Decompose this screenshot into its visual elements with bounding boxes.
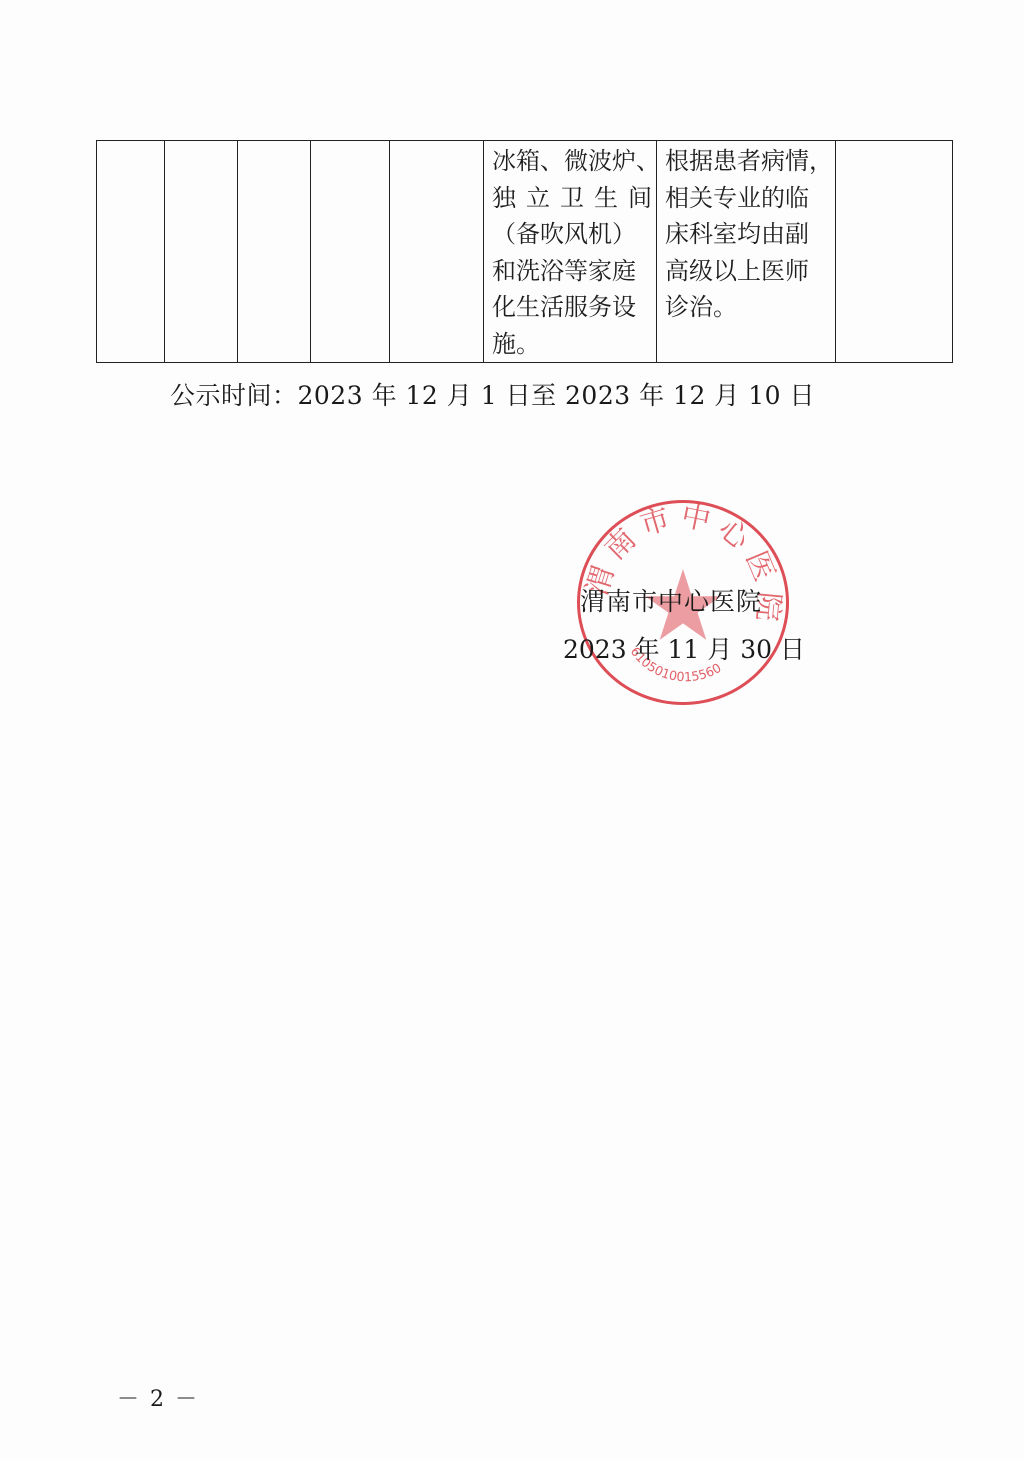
text-line: 高级以上医师 [665, 253, 829, 290]
facilities-text: 冰箱、微波炉、 独立卫生间 （备吹风机） 和洗浴等家庭 化生活服务设 施。 [484, 141, 656, 362]
table-cell-3 [238, 141, 311, 363]
text-line: （备吹风机） [492, 216, 650, 253]
text-line: 相关专业的临 [665, 180, 829, 217]
text-line: 施。 [492, 326, 650, 363]
signature-date: 2023 年 11 月 30 日 [563, 630, 805, 666]
text-line: 化生活服务设 [492, 289, 650, 326]
text-line: 和洗浴等家庭 [492, 253, 650, 290]
table-cell-1 [97, 141, 165, 363]
notice-period: 公示时间：2023 年 12 月 1 日至 2023 年 12 月 10 日 [170, 376, 815, 412]
table-cell-8 [836, 141, 953, 363]
text-line: 诊治。 [665, 289, 829, 326]
text-line: 冰箱、微波炉、 [492, 143, 650, 180]
text-line: 独立卫生间 [492, 180, 650, 217]
notice-table: 冰箱、微波炉、 独立卫生间 （备吹风机） 和洗浴等家庭 化生活服务设 施。 根据… [96, 140, 953, 363]
table-cell-4 [311, 141, 390, 363]
document-page: 冰箱、微波炉、 独立卫生间 （备吹风机） 和洗浴等家庭 化生活服务设 施。 根据… [0, 0, 1024, 1461]
table-cell-facilities: 冰箱、微波炉、 独立卫生间 （备吹风机） 和洗浴等家庭 化生活服务设 施。 [484, 141, 657, 363]
page-number: － 2 － [117, 1382, 199, 1413]
text-line: 床科室均由副 [665, 216, 829, 253]
table-cell-treatment: 根据患者病情， 相关专业的临 床科室均由副 高级以上医师 诊治。 [657, 141, 836, 363]
signature-organization: 渭南市中心医院 [580, 582, 762, 618]
table-row: 冰箱、微波炉、 独立卫生间 （备吹风机） 和洗浴等家庭 化生活服务设 施。 根据… [97, 141, 953, 363]
text-line: 根据患者病情， [665, 143, 829, 180]
table-cell-2 [165, 141, 238, 363]
table-cell-5 [390, 141, 484, 363]
treatment-text: 根据患者病情， 相关专业的临 床科室均由副 高级以上医师 诊治。 [657, 141, 835, 326]
